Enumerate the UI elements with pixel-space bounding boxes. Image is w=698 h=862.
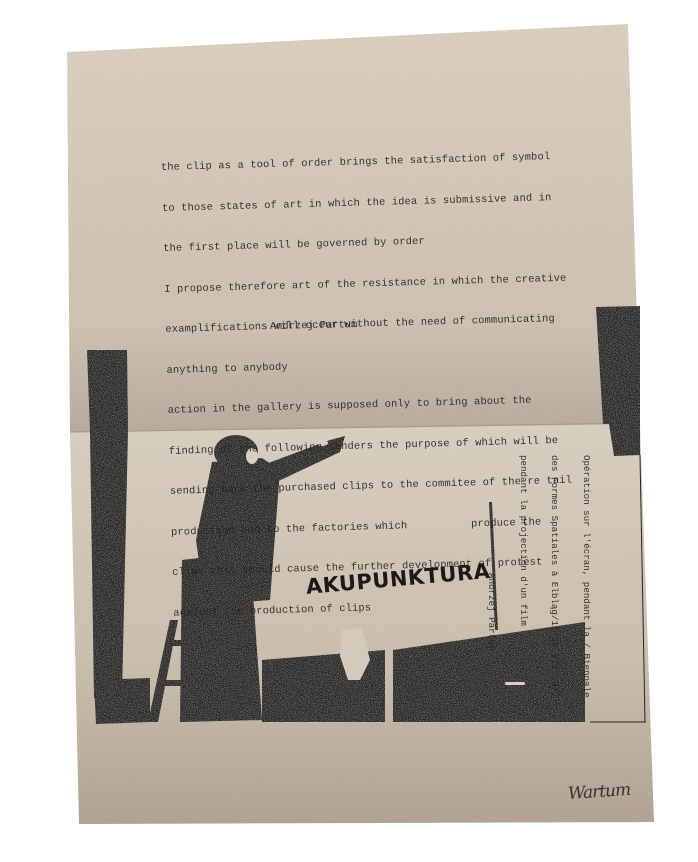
manifesto-line: action in the gallery is supposed only t… (168, 393, 588, 418)
typed-signature: Andrzej Partum (270, 319, 358, 333)
manifesto-line: the clip as a tool of order brings the s… (161, 150, 581, 175)
manifesto-line: the first place will be governed by orde… (163, 231, 583, 256)
document-photo: the clip as a tool of order brings the s… (0, 0, 698, 862)
caption-line: pendant la projection d'un film (518, 455, 529, 725)
manifesto-line: anything to anybody (166, 353, 586, 378)
caption-line: Opération sur l'écran, pendant la / Bien… (581, 455, 592, 725)
photo-caption: Opération sur l'écran, pendant la / Bien… (465, 455, 612, 725)
manifesto-line: to those states of art in which the idea… (162, 191, 582, 216)
manifesto-line: examplifications will occur without the … (165, 312, 585, 337)
caption-line: des Formes Spatiales à Elbląg/15-20.VII.… (549, 455, 560, 725)
caption-author: Andrzej Partum (486, 455, 497, 725)
manifesto-line: I propose therefore art of the resistanc… (164, 272, 584, 297)
